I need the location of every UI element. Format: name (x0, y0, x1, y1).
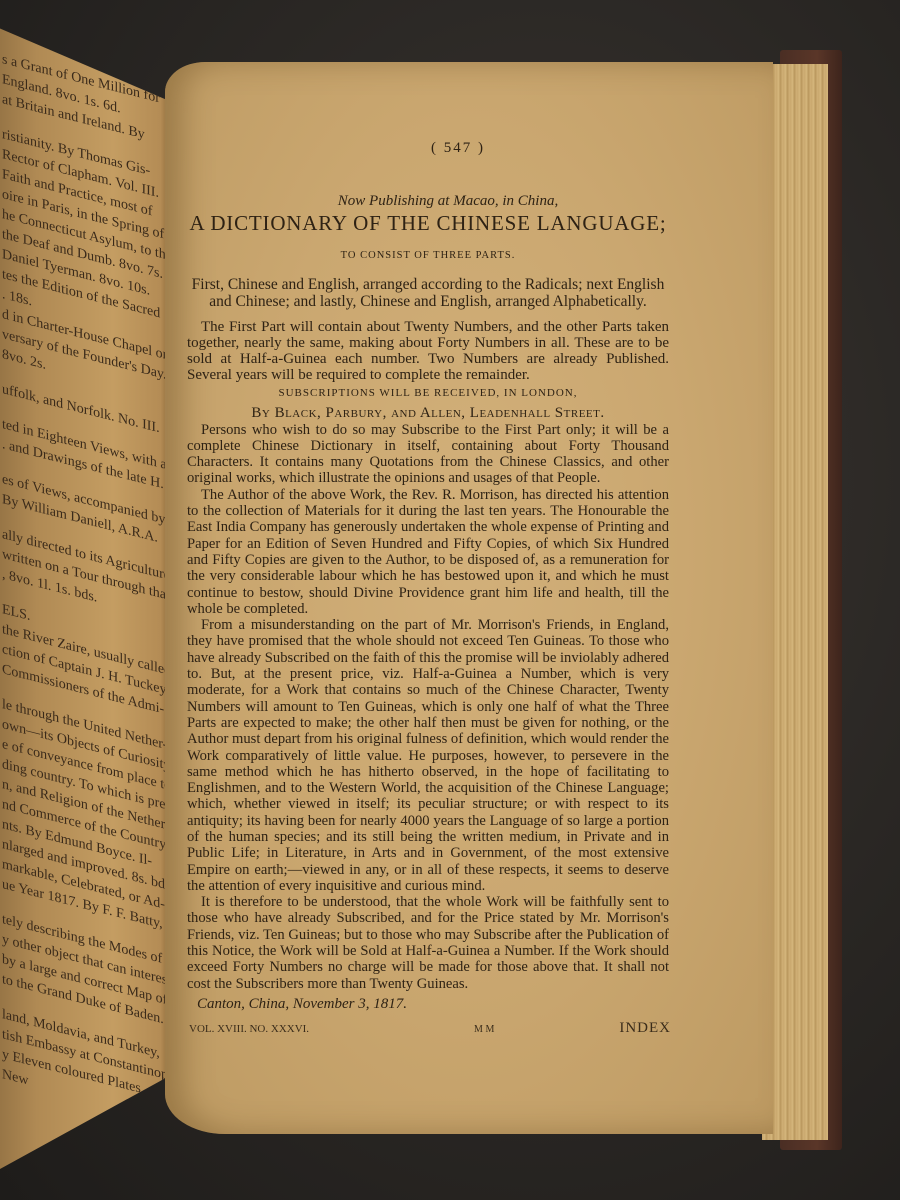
paragraph-author: The Author of the above Work, the Rev. R… (187, 487, 669, 617)
subtitle: to consist of three parts. (187, 248, 669, 265)
signature-mark: M M (474, 1024, 494, 1035)
page-title: A DICTIONARY OF THE CHINESE LANGUAGE; (187, 215, 669, 232)
paragraph-first-part: The First Part will contain about Twenty… (187, 319, 669, 383)
volume-number: VOL. XVIII. NO. XXXVI. (189, 1023, 309, 1035)
paragraph-misunderstanding: From a misunderstanding on the part of M… (187, 617, 669, 894)
catchword: INDEX (619, 1020, 671, 1037)
left-page-text: s a Grant of One Million forEngland. 8vo… (2, 50, 170, 1135)
subscriptions-line: subscriptions will be received, in londo… (187, 385, 669, 402)
page-footer: VOL. XVIII. NO. XXXVI. M M INDEX (189, 1020, 671, 1037)
notice-line: Now Publishing at Macao, in China, (227, 193, 669, 210)
left-page: s a Grant of One Million forEngland. 8vo… (0, 20, 170, 1180)
page-number: ( 547 ) (247, 140, 669, 157)
right-page: ( 547 ) Now Publishing at Macao, in Chin… (165, 62, 773, 1134)
parts-intro: First, Chinese and English, arranged acc… (187, 276, 669, 310)
publishers-line: By Black, Parbury, and Allen, Leadenhall… (187, 405, 669, 422)
place-date-signature: Canton, China, November 3, 1817. (187, 996, 669, 1013)
paragraph-understood: It is therefore to be understood, that t… (187, 894, 669, 992)
paragraph-persons: Persons who wish to do so may Subscribe … (187, 422, 669, 487)
page-content: ( 547 ) Now Publishing at Macao, in Chin… (187, 140, 669, 1013)
